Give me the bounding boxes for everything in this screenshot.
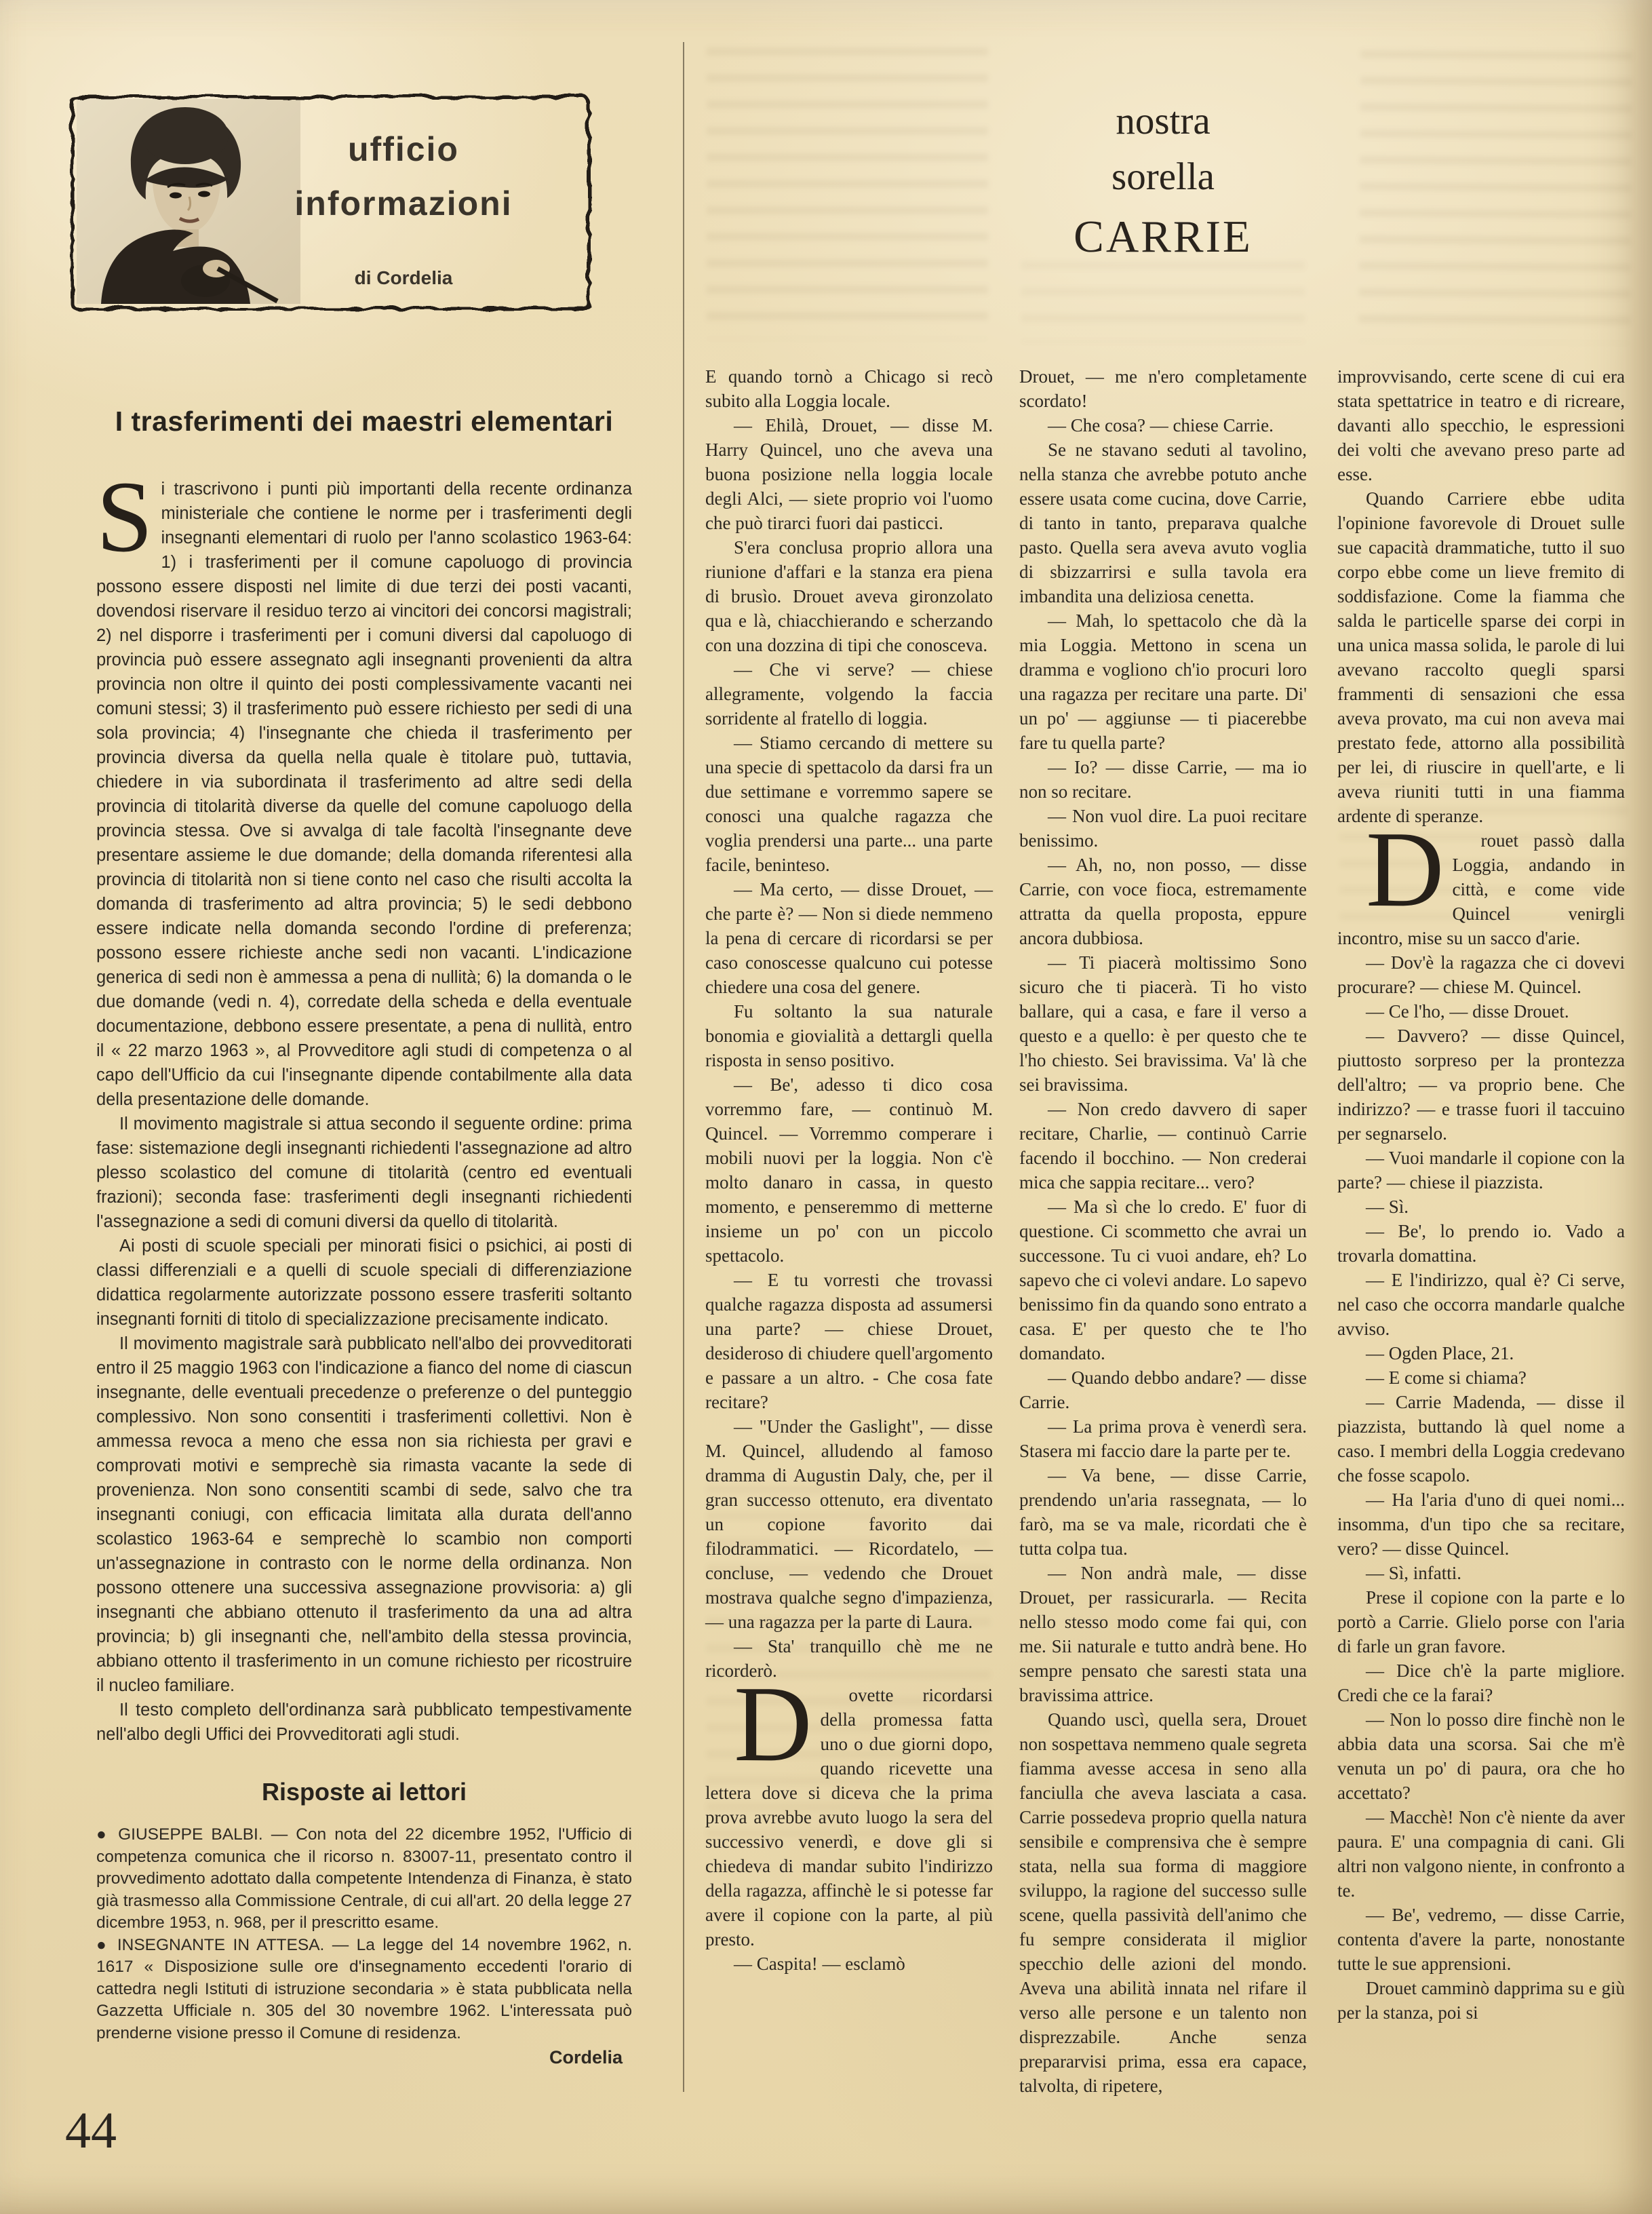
letters-replies: ● GIUSEPPE BALBI. — Con nota del 22 dice… (96, 1824, 632, 2044)
story-paragraph: — Io? — disse Carrie, — ma io non so rec… (1019, 755, 1307, 804)
info-box-byline: di Cordelia (227, 267, 580, 289)
story-paragraph: improvvisando, certe scene di cui era st… (1337, 364, 1625, 486)
story-paragraph-dropcap: Drouet passò dalla Loggia, andando in ci… (1337, 828, 1625, 950)
story-paragraph: — Non lo posso dire finchè non le abbia … (1337, 1707, 1625, 1805)
story-paragraph: — Davvero? — disse Quincel, piuttosto so… (1337, 1024, 1625, 1146)
info-box-title-line2: informazioni (227, 176, 580, 231)
paragraph-text: i trascrivono i punti più importanti del… (96, 480, 632, 1109)
article-paragraph: Il testo completo dell'ordinanza sarà pu… (96, 1698, 632, 1747)
story-paragraph: — Ah, no, non posso, — disse Carrie, con… (1019, 853, 1307, 950)
story-column-2: Drouet, — me n'ero completamente scordat… (1019, 364, 1307, 2098)
magazine-page: ufficio informazioni di Cordelia I trasf… (0, 0, 1652, 2214)
story-paragraph: Se ne stavano seduti al tavolino, nella … (1019, 438, 1307, 608)
story-paragraph: — Ha l'aria d'uno di quei nomi... insomm… (1337, 1488, 1625, 1561)
signature: Cordelia (96, 2047, 632, 2068)
story-paragraph: — Sì, infatti. (1337, 1561, 1625, 1585)
story-paragraph: — Carrie Madenda, — disse il piazzista, … (1337, 1390, 1625, 1488)
story-paragraph: — E l'indirizzo, qual è? Ci serve, nel c… (1337, 1268, 1625, 1341)
story-paragraph-dropcap: Dovette ricordarsi della promessa fatta … (705, 1683, 993, 1951)
story-paragraph: — E come si chiama? (1337, 1365, 1625, 1390)
story-paragraph: — E tu vorresti che trovassi qualche rag… (705, 1268, 993, 1414)
story-paragraph: — "Under the Gaslight", — disse M. Quinc… (705, 1414, 993, 1634)
article-body: Il movimento magistrale si attua secondo… (96, 1112, 632, 1747)
story-paragraph: — La prima prova è venerdì sera. Stasera… (1019, 1414, 1307, 1463)
story-text-block: — Caspita! — esclamò (705, 1951, 993, 1976)
story-text-block: E quando tornò a Chicago si recò subito … (705, 364, 993, 1683)
story-paragraph: — Che cosa? — chiese Carrie. (1019, 413, 1307, 438)
story-paragraph: — Non vuol dire. La puoi recitare beniss… (1019, 804, 1307, 853)
letters-heading: Risposte ai lettori (96, 1778, 632, 1806)
story-paragraph: Quando Carriere ebbe udita l'opinione fa… (1337, 486, 1625, 828)
page-showthrough (1021, 261, 1305, 343)
story-paragraph: E quando tornò a Chicago si recò subito … (705, 364, 993, 413)
story-paragraph: — Va bene, — disse Carrie, prendendo un'… (1019, 1463, 1307, 1561)
column-divider (683, 42, 684, 2092)
left-article: I trasferimenti dei maestri elementari S… (96, 406, 632, 2068)
story-paragraph: Drouet, — me n'ero completamente scordat… (1019, 364, 1307, 413)
article-opening-paragraph: Si trascrivono i punti più importanti de… (96, 477, 632, 1112)
story-paragraph: — Dov'è la ragazza che ci dovevi procura… (1337, 950, 1625, 999)
article-title: I trasferimenti dei maestri elementari (96, 406, 632, 438)
story-paragraph: — Ma certo, — disse Drouet, — che parte … (705, 877, 993, 999)
page-showthrough (1359, 50, 1632, 344)
drop-cap-letter: D (1337, 828, 1453, 906)
story-column-3: improvvisando, certe scene di cui era st… (1337, 364, 1625, 2025)
info-box-title: ufficio informazioni (227, 122, 580, 231)
story-paragraph: — Ce l'ho, — disse Drouet. (1337, 999, 1625, 1024)
story-paragraph: — Ti piacerà moltissimo Sono sicuro che … (1019, 950, 1307, 1097)
article-paragraph: Il movimento magistrale sarà pubblicato … (96, 1332, 632, 1698)
story-paragraph: — Non andrà male, — disse Drouet, per ra… (1019, 1561, 1307, 1707)
story-column-1: E quando tornò a Chicago si recò subito … (705, 364, 993, 1976)
story-title: nostra sorella CARRIE (1019, 94, 1307, 269)
story-title-line3: CARRIE (1019, 205, 1307, 269)
story-paragraph: — Vuoi mandarle il copione con la parte?… (1337, 1146, 1625, 1195)
story-title-line2: sorella (1019, 149, 1307, 205)
story-paragraph: — Stiamo cercando di mettere su una spec… (705, 731, 993, 877)
story-paragraph: — Mah, lo spettacolo che dà la mia Loggi… (1019, 608, 1307, 755)
page-showthrough (707, 47, 988, 339)
story-paragraph: — Sta' tranquillo chè me ne ricorderò. (705, 1634, 993, 1683)
story-paragraph: — Be', adesso ti dico cosa vorremmo fare… (705, 1072, 993, 1268)
story-paragraph: — Sì. (1337, 1195, 1625, 1219)
story-paragraph: Prese il copione con la parte e lo portò… (1337, 1585, 1625, 1658)
story-paragraph: — Che vi serve? — chiese allegramente, v… (705, 657, 993, 731)
story-paragraph: — Dice ch'è la parte migliore. Credi che… (1337, 1658, 1625, 1707)
story-paragraph: — Non credo davvero di saper recitare, C… (1019, 1097, 1307, 1195)
story-title-line1: nostra (1019, 94, 1307, 149)
story-paragraph: Fu soltanto la sua naturale bonomia e gi… (705, 999, 993, 1072)
info-box-title-line1: ufficio (227, 122, 580, 176)
story-paragraph: — Quando debbo andare? — disse Carrie. (1019, 1365, 1307, 1414)
story-paragraph: Quando uscì, quella sera, Drouet non sos… (1019, 1707, 1307, 2098)
info-box: ufficio informazioni di Cordelia (64, 90, 593, 313)
story-text-block: — Dov'è la ragazza che ci dovevi procura… (1337, 950, 1625, 2025)
story-paragraph: — Be', lo prendo io. Vado a trovarla dom… (1337, 1219, 1625, 1268)
story-paragraph: — Ma sì che lo credo. E' fuor di questio… (1019, 1195, 1307, 1365)
story-paragraph: — Ehilà, Drouet, — disse M. Harry Quince… (705, 413, 993, 535)
story-paragraph: — Be', vedremo, — disse Carrie, contenta… (1337, 1903, 1625, 1976)
story-paragraph: — Macchè! Non c'è niente da aver paura. … (1337, 1805, 1625, 1903)
drop-cap-letter: S (96, 477, 161, 551)
story-paragraph: — Ogden Place, 21. (1337, 1341, 1625, 1365)
letter-reply: ● GIUSEPPE BALBI. — Con nota del 22 dice… (96, 1824, 632, 1935)
story-paragraph: — Caspita! — esclamò (705, 1951, 993, 1976)
story-text-block: Drouet, — me n'ero completamente scordat… (1019, 364, 1307, 2098)
article-paragraph: Il movimento magistrale si attua secondo… (96, 1112, 632, 1234)
story-paragraph: S'era conclusa proprio allora una riunio… (705, 535, 993, 657)
drop-cap-letter: D (705, 1683, 821, 1760)
page-number: 44 (65, 2101, 117, 2160)
article-paragraph: Ai posti di scuole speciali per minorati… (96, 1234, 632, 1332)
story-text-block: improvvisando, certe scene di cui era st… (1337, 364, 1625, 828)
story-paragraph: Drouet camminò dapprima su e giù per la … (1337, 1976, 1625, 2025)
letter-reply: ● INSEGNANTE IN ATTESA. — La legge del 1… (96, 1935, 632, 2045)
